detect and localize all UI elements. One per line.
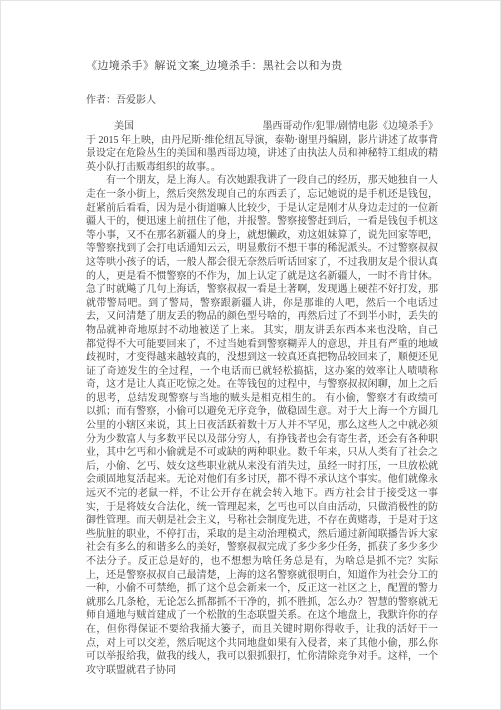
movie-synopsis-text: 于 2015 年上映，由丹尼斯·维伦纽瓦导演，泰勒·谢里丹编剧，影片讲述了故事背… [86, 134, 438, 175]
article-body: 美国 墨西哥动作/犯罪/剧情电影《边境杀手》 于 2015 年上映，由丹尼斯·维… [86, 120, 438, 677]
page-title: 《边境杀手》解说文案_边境杀手：黑社会以和为贵 [86, 57, 438, 73]
paragraph-movie-info: 美国 墨西哥动作/犯罪/剧情电影《边境杀手》 于 2015 年上映，由丹尼斯·维… [86, 120, 438, 174]
movie-country-genre: 墨西哥动作/犯罪/剧情电影《边境杀手》 [262, 120, 438, 134]
paragraph-story-text: 有一个朋友，是上海人。有次她跟我讲了一段自己的经历，那天她独自一人走在一条小街上… [86, 174, 438, 677]
author-line: 作者：吾爱影人 [86, 91, 438, 106]
movie-country-us: 美国 [86, 120, 134, 134]
document-page: 《边境杀手》解说文案_边境杀手：黑社会以和为贵 作者：吾爱影人 美国 墨西哥动作… [0, 0, 501, 710]
movie-origin-line: 美国 墨西哥动作/犯罪/剧情电影《边境杀手》 [86, 120, 438, 134]
